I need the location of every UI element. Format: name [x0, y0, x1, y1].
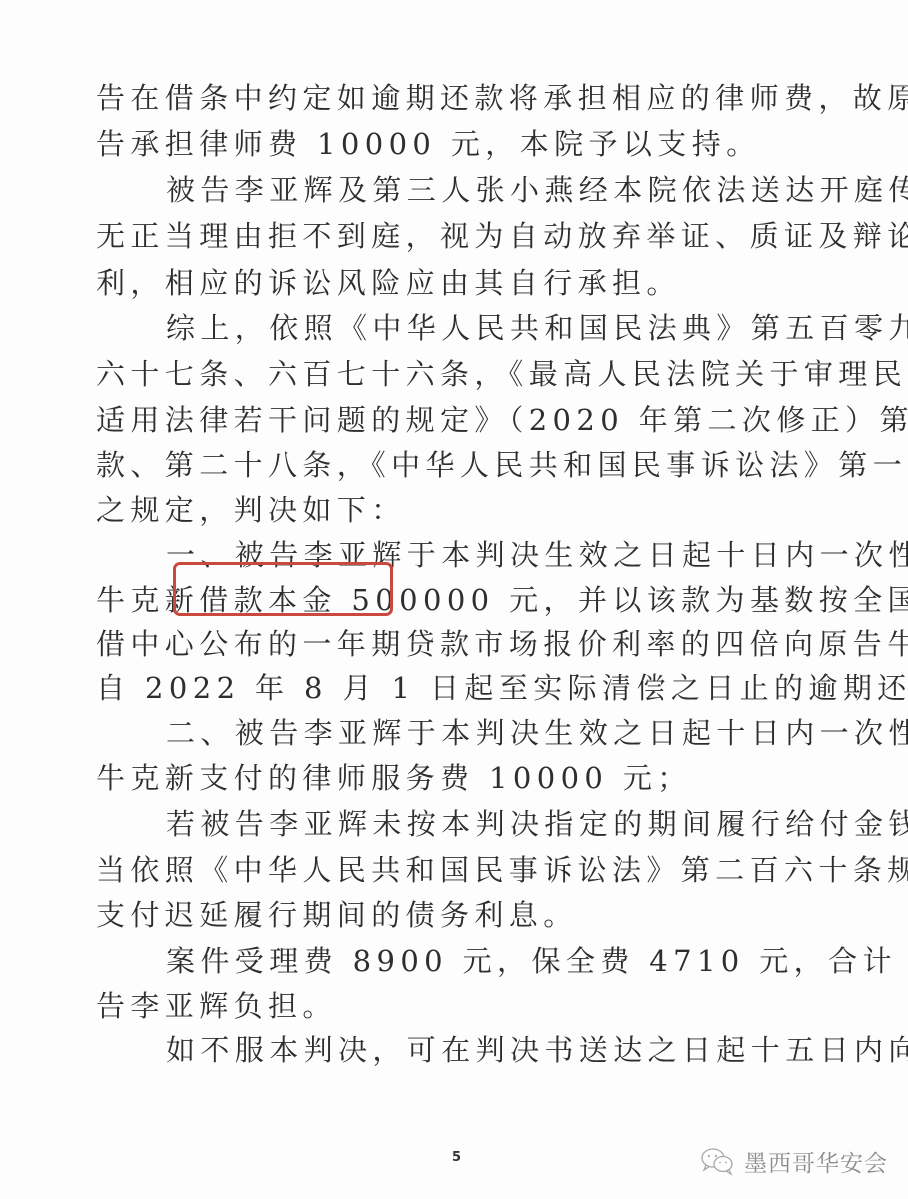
text-line: 自 2022 年 8 月 1 日起至实际清偿之日止的逾期还款利息； [96, 668, 828, 708]
text-line: 借中心公布的一年期贷款市场报价利率的四倍向原告牛克新支付 [96, 624, 828, 664]
text-line: 告在借条中约定如逾期还款将承担相应的律师费，故原告要求被 [96, 78, 828, 118]
text-line: 告李亚辉负担。 [96, 986, 828, 1026]
text-line: 之规定，判决如下： [96, 490, 828, 530]
text-line: 款、第二十八条，《中华人民共和国民事诉讼法》第一百四十七条 [96, 445, 828, 485]
text-line: 被告李亚辉及第三人张小燕经本院依法送达开庭传票传唤， [166, 170, 828, 210]
text-line: 无正当理由拒不到庭，视为自动放弃举证、质证及辩论的诉讼权 [96, 216, 828, 256]
text-line: 适用法律若干问题的规定》（2020 年第二次修正）第二十五条第一 [96, 400, 828, 440]
watermark: 墨西哥华安会 [700, 1143, 888, 1179]
text-line: 案件受理费 8900 元，保全费 4710 元，合计 13610 元，由被 [166, 941, 828, 981]
page-number: 5 [452, 1150, 461, 1165]
text-line: 牛克新支付的律师服务费 10000 元； [96, 758, 828, 798]
wechat-icon [700, 1146, 736, 1176]
text-line: 当依照《中华人民共和国民事诉讼法》第二百六十条规定，加倍 [96, 850, 828, 890]
text-line: 六十七条、六百七十六条，《最高人民法院关于审理民间借贷案件 [96, 354, 828, 394]
highlight-box-loan-principal [173, 562, 393, 616]
text-line: 综上，依照《中华人民共和国民法典》第五百零九条、六百 [166, 308, 828, 348]
text-line: 支付迟延履行期间的债务利息。 [96, 895, 828, 935]
text-line: 如不服本判决，可在判决书送达之日起十五日内向本院递交 [166, 1030, 828, 1070]
text-line: 二、被告李亚辉于本判决生效之日起十日内一次性支付原告 [166, 713, 828, 753]
text-line: 告承担律师费 10000 元，本院予以支持。 [96, 124, 828, 164]
text-line: 若被告李亚辉未按本判决指定的期间履行给付金钱义务，应 [166, 804, 828, 844]
watermark-text: 墨西哥华安会 [744, 1145, 888, 1178]
text-line: 利，相应的诉讼风险应由其自行承担。 [96, 263, 828, 303]
document-page: 告在借条中约定如逾期还款将承担相应的律师费，故原告要求被告承担律师费 10000… [0, 0, 908, 1199]
